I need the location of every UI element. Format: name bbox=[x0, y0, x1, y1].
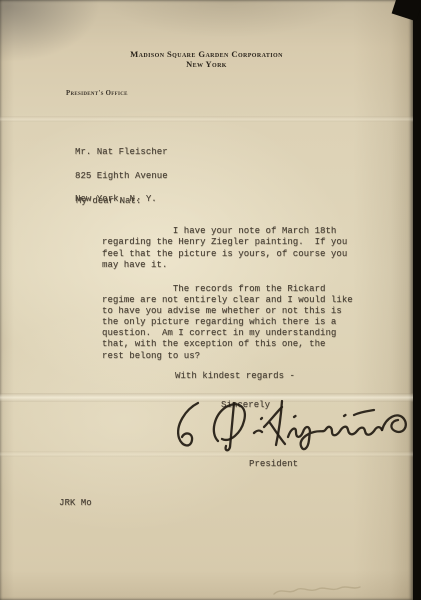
faint-pencil-annotation bbox=[272, 578, 362, 600]
typist-initials: JRK Mo bbox=[59, 498, 92, 508]
typed-title-president: President bbox=[249, 459, 298, 469]
signature-handwriting bbox=[158, 397, 416, 457]
body-paragraph-1: I have your note of March 18th regarding… bbox=[102, 226, 347, 272]
closing-regards: With kindest regards - bbox=[175, 371, 295, 381]
body-paragraph-2: The records from the Rickard regime are … bbox=[102, 284, 353, 362]
recipient-street: 825 Eighth Avenue bbox=[75, 171, 168, 181]
fold-crease-upper bbox=[0, 116, 413, 122]
salutation: My dear Nat: bbox=[76, 196, 141, 206]
letter-paper: Madison Square Garden Corporation New Yo… bbox=[0, 0, 413, 600]
letterhead-city: New York bbox=[0, 60, 413, 69]
letter-photo: Madison Square Garden Corporation New Yo… bbox=[0, 0, 421, 600]
letterhead-company: Madison Square Garden Corporation bbox=[0, 49, 413, 59]
presidents-office-label: President's Office bbox=[66, 90, 128, 97]
recipient-name: Mr. Nat Fleischer bbox=[75, 147, 168, 157]
